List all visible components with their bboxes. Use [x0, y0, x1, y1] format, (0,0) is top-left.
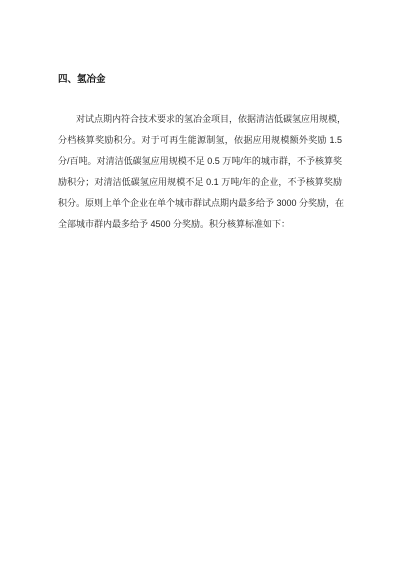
paragraph-line: 励积分；对清洁低碳氢应用规模不足 0.1 万吨/年的企业，不予核算奖励 [58, 172, 342, 193]
section-heading: 四、氢冶金 [58, 73, 342, 86]
paragraph-line: 对试点期内符合技术要求的氢冶金项目，依据清洁低碳氢应用规模， [58, 109, 342, 130]
document-page: 四、氢冶金 对试点期内符合技术要求的氢冶金项目，依据清洁低碳氢应用规模， 分档核… [0, 0, 400, 565]
paragraph: 对试点期内符合技术要求的氢冶金项目，依据清洁低碳氢应用规模， 分档核算奖励积分。… [58, 109, 342, 235]
paragraph-line: 积分。原则上单个企业在单个城市群试点期内最多给予 3000 分奖励，在 [58, 193, 342, 214]
paragraph-line: 全部城市群内最多给予 4500 分奖励。积分核算标准如下： [58, 214, 342, 235]
paragraph-line: 分档核算奖励积分。对于可再生能源制氢，依据应用规模额外奖励 1.5 [58, 130, 342, 151]
paragraph-line: 分/百吨。对清洁低碳氢应用规模不足 0.5 万吨/年的城市群，不予核算奖 [58, 151, 342, 172]
